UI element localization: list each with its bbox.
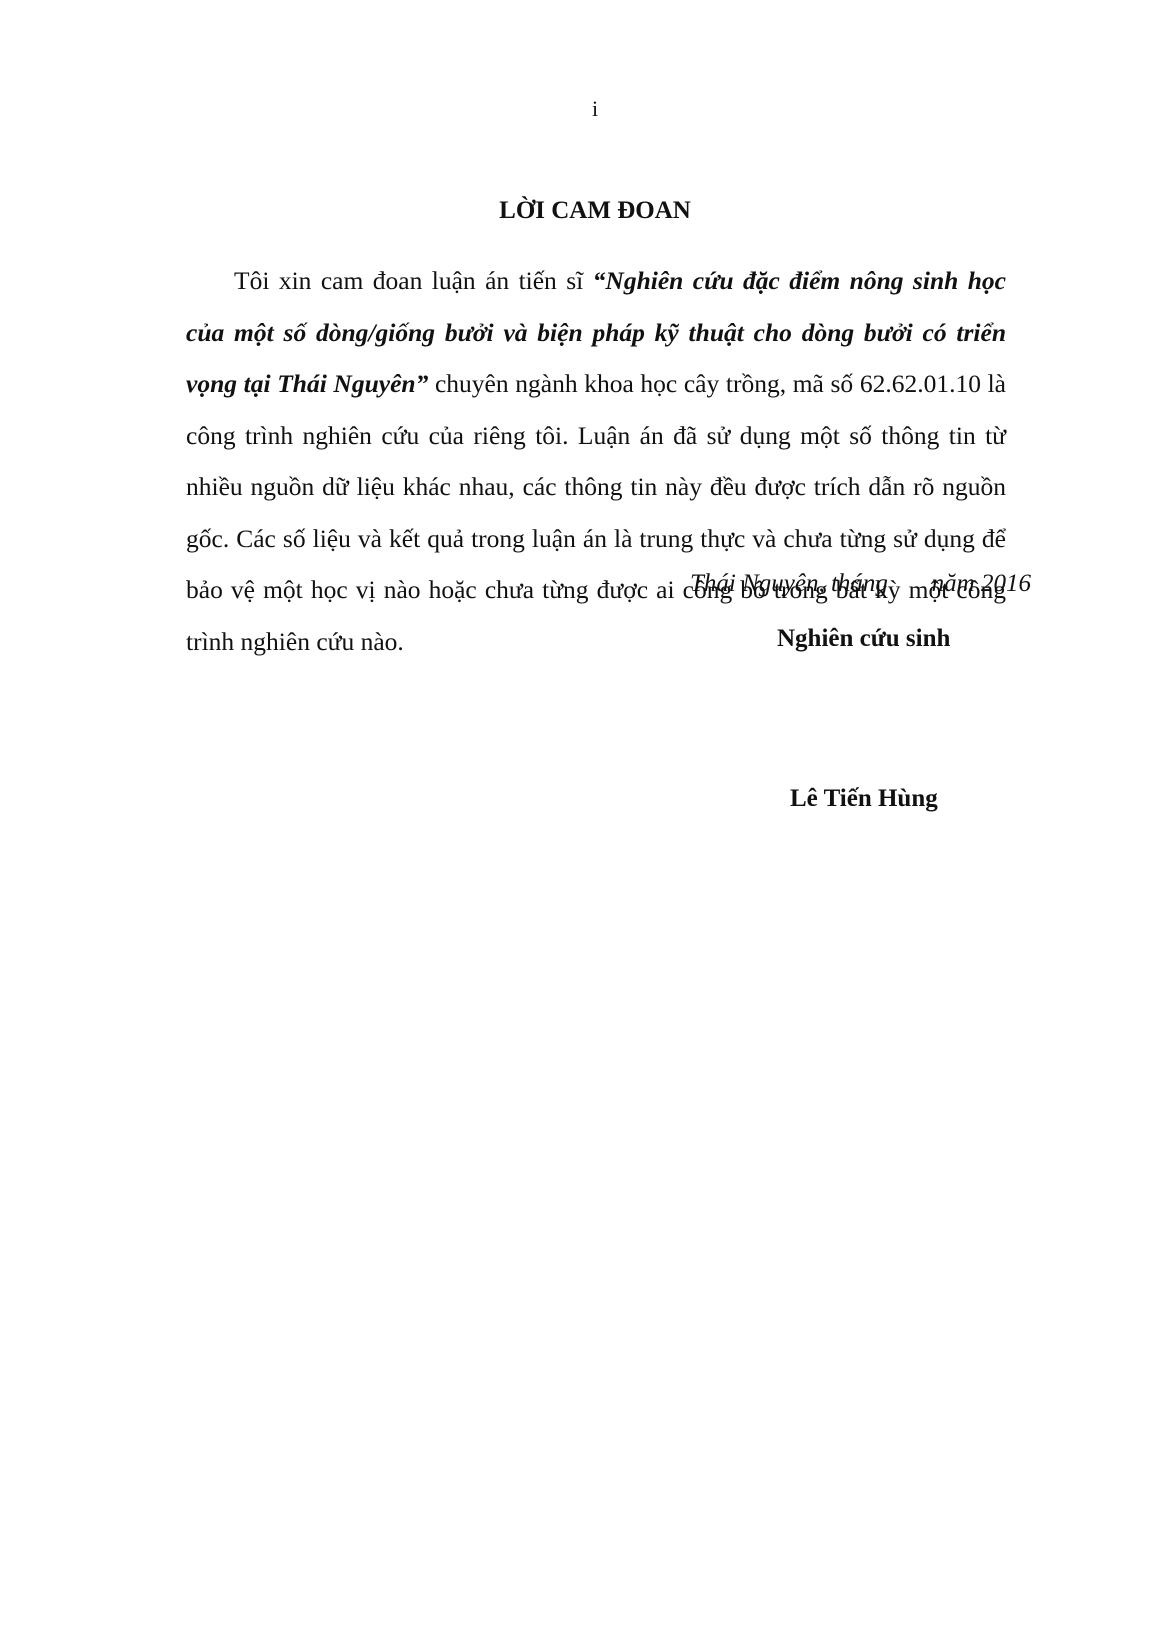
place-date: Thái Nguyên, tháng năm 2016	[690, 570, 1031, 598]
page-title: LỜI CAM ĐOAN	[0, 197, 1157, 225]
paragraph-intro: Tôi xin cam đoan luận án tiến sĩ	[234, 266, 593, 295]
page-number: i	[0, 96, 1157, 122]
declaration-paragraph: Tôi xin cam đoan luận án tiến sĩ “Nghiên…	[186, 255, 1006, 667]
paragraph-rest: chuyên ngành khoa học cây trồng, mã số 6…	[186, 369, 1006, 656]
signer-name: Lê Tiến Hùng	[790, 785, 938, 813]
signer-role: Nghiên cứu sinh	[777, 625, 950, 653]
